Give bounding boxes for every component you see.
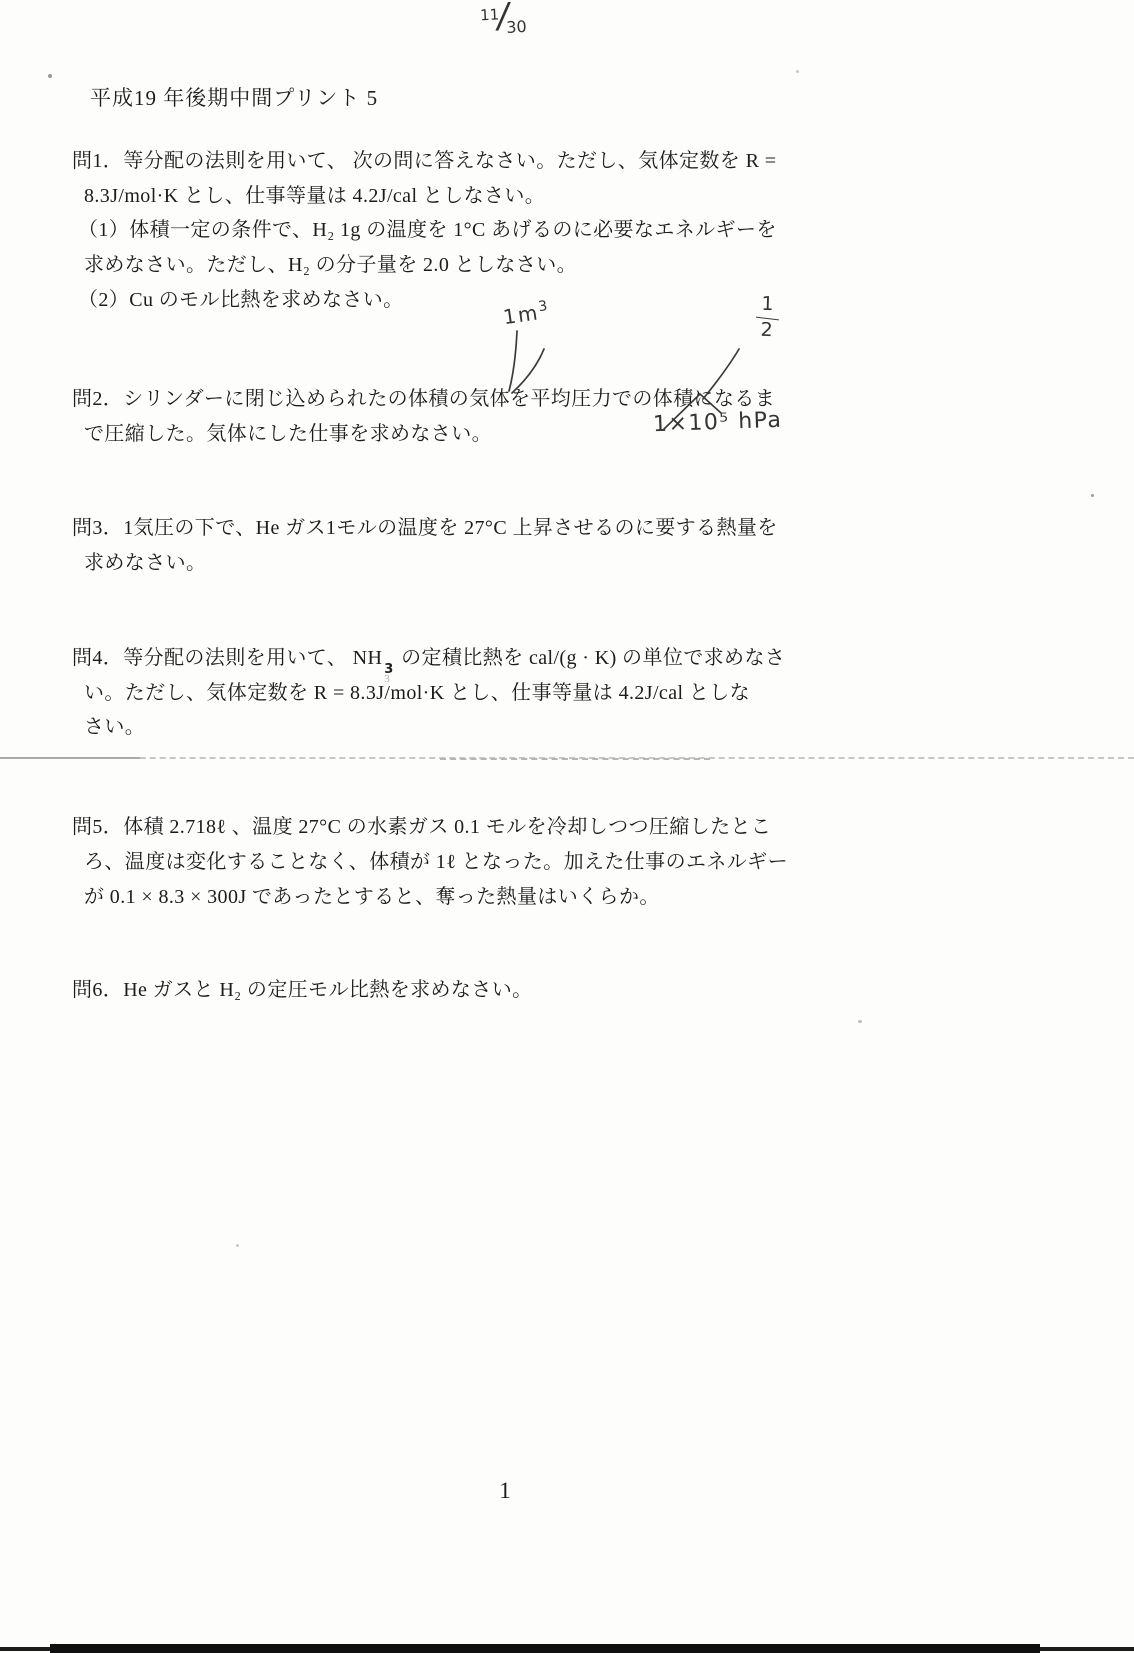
scanned-exam-page: 11/30 平成19 年後期中間プリント 5 問1．等分配の法則を用いて、 次の… [0,0,1134,1653]
q1-line-3: （1）体積一定の条件で、H₂ 1g の温度を 1°C あげるのに必要なエネルギー… [78,216,777,245]
q4-line-3: さい。 [84,713,145,742]
q3-line-1: 問3．1気圧の下で、He ガス1モルの温度を 27°C 上昇させるのに要する熱量… [72,514,778,543]
scan-artifact-line-mid [440,758,710,760]
date-denominator: 30 [506,17,527,37]
fraction-numerator: 1 [761,295,774,315]
handwritten-fraction-one-half: 1 2 [750,294,784,341]
q1-line-2: 8.3J/mol·K とし、仕事等量は 4.2J/cal としなさい。 [84,182,545,211]
volume-arrow-stroke [509,331,517,391]
q1-line-5: （2）Cu のモル比熱を求めなさい。 [78,286,404,315]
q4-line-2: い。ただし、気体定数を R = 8.3J/mol·K とし、仕事等量は 4.2J… [84,679,750,708]
scan-speck [48,74,52,78]
q1-line-1: 問1．等分配の法則を用いて、 次の問に答えなさい。ただし、気体定数を R = [72,147,776,176]
scan-speck [858,1020,862,1023]
q4-line-1-post: の定積比熱を cal/(g · K) の単位で求めなさ [396,647,786,669]
q5-line-1: 問5．体積 2.718ℓ 、温度 27°C の水素ガス 0.1 モルを冷却しつつ… [72,813,771,842]
q5-line-3: が 0.1 × 8.3 × 300J であったとすると、奪った熱量はいくらか。 [84,883,660,912]
scan-speck [1091,494,1094,497]
q5-line-2: ろ、温度は変化することなく、体積が 1ℓ となった。加えた仕事のエネルギー [84,848,788,877]
page-title: 平成19 年後期中間プリント 5 [90,82,378,112]
page-number: 1 [0,1478,1010,1504]
q2-line-2: で圧縮した。気体にした仕事を求めなさい。 [84,420,492,449]
scan-speck [236,1244,239,1247]
scan-artifact-line-dark-left [0,757,140,759]
q4-line-1-pre: 問4．等分配の法則を用いて、 NH [72,647,382,669]
q1-line-4: 求めなさい。ただし、H₂ の分子量を 2.0 としなさい。 [84,251,577,280]
q6-line-1: 問6．He ガスと H₂ の定圧モル比熱を求めなさい。 [72,976,533,1005]
fraction-denominator: 2 [760,321,773,341]
scan-bottom-edge-thick [50,1644,1040,1653]
volume-note-exponent: 3 [537,298,550,315]
q3-line-2: 求めなさい。 [84,549,206,578]
scan-speck [796,70,799,73]
volume-note-text: 1m [502,300,541,329]
q2-line-1: 問2．シリンダーに閉じ込められたの体積の気体を平均圧力での体積になるま [72,385,775,414]
handwritten-volume-note: 1m3 [501,298,551,329]
handwritten-date: 11/30 [480,3,532,25]
